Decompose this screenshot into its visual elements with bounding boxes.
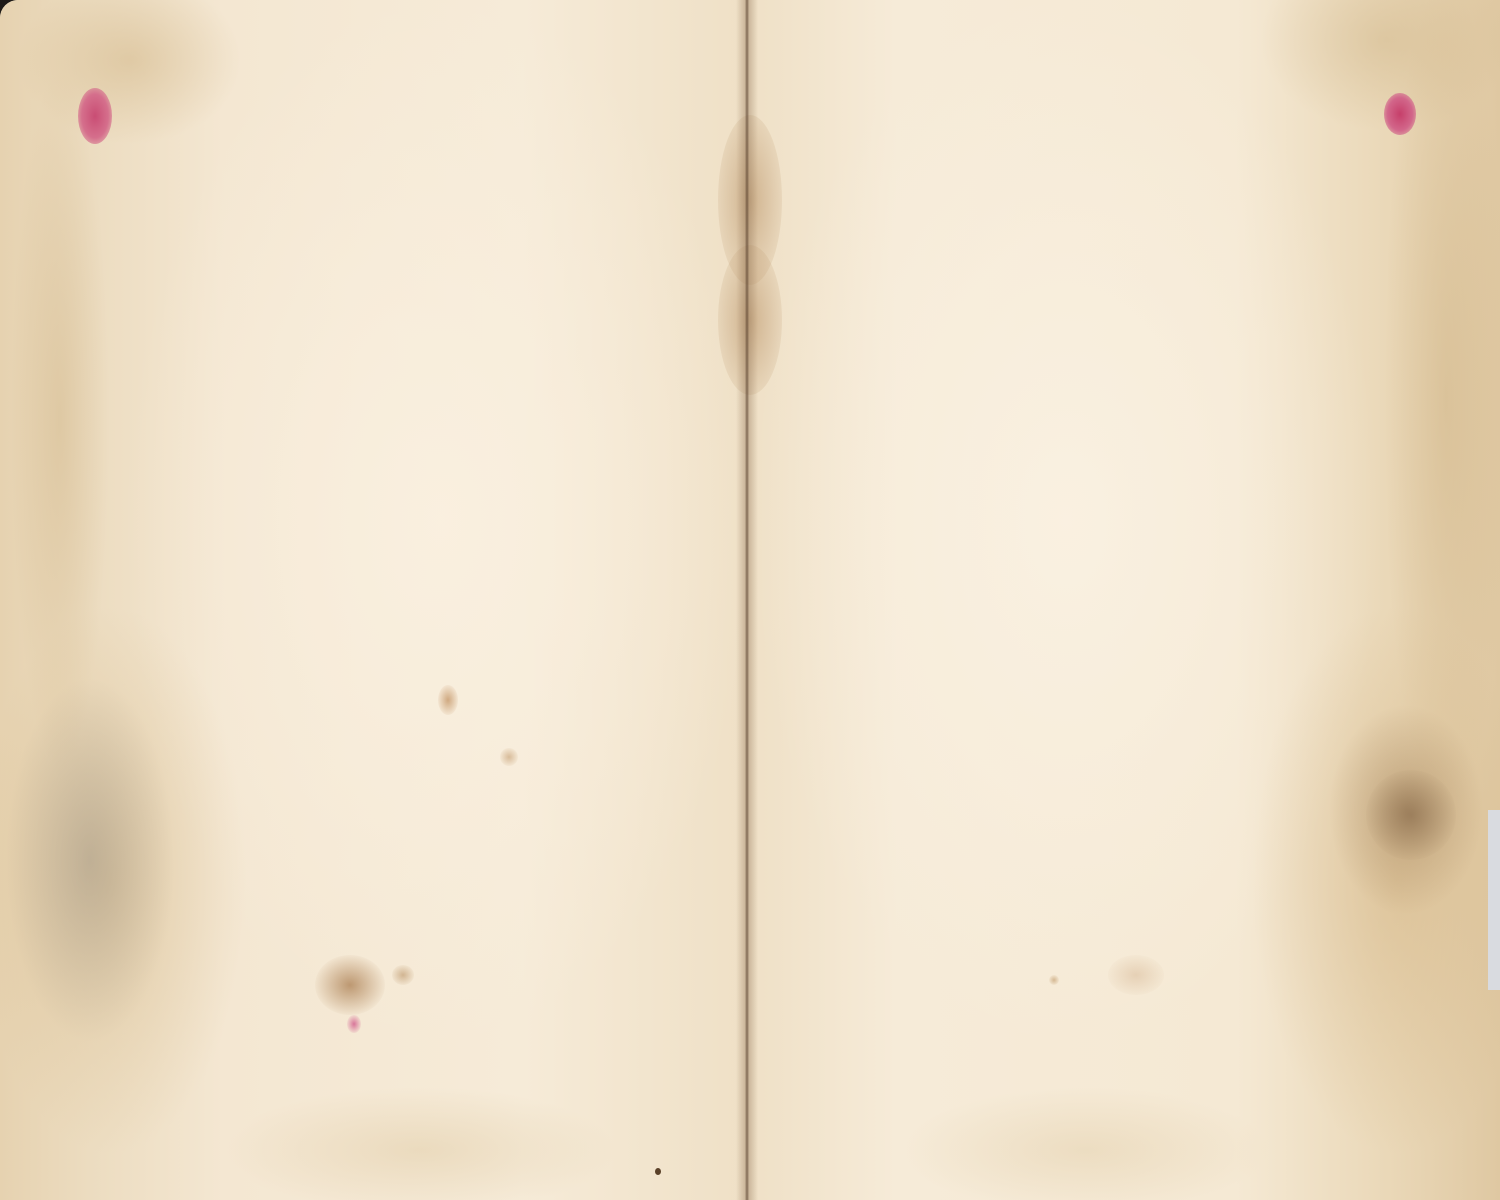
- open-book-photo: Photograph of an open antique book showi…: [0, 0, 1500, 1200]
- pink-mark: [347, 1015, 361, 1033]
- paper-texture: [746, 0, 1500, 1200]
- pink-ink-blot: [1384, 93, 1416, 135]
- brown-stain: [315, 955, 385, 1015]
- book-spine-gutter: [736, 0, 758, 1200]
- brown-spot: [392, 965, 414, 985]
- paper-texture: [0, 0, 746, 1200]
- torn-page-edge: [1488, 810, 1500, 990]
- dark-stain: [1366, 770, 1456, 860]
- dark-speck: [655, 1168, 661, 1175]
- brown-spot: [1049, 975, 1059, 985]
- left-page: [0, 0, 746, 1200]
- water-stains: [0, 0, 746, 1200]
- pink-ink-blot: [78, 88, 112, 144]
- brown-spot: [500, 748, 518, 766]
- faint-stain: [1108, 955, 1164, 995]
- water-stains: [746, 0, 1500, 1200]
- right-page: [746, 0, 1500, 1200]
- brown-spot: [438, 685, 458, 715]
